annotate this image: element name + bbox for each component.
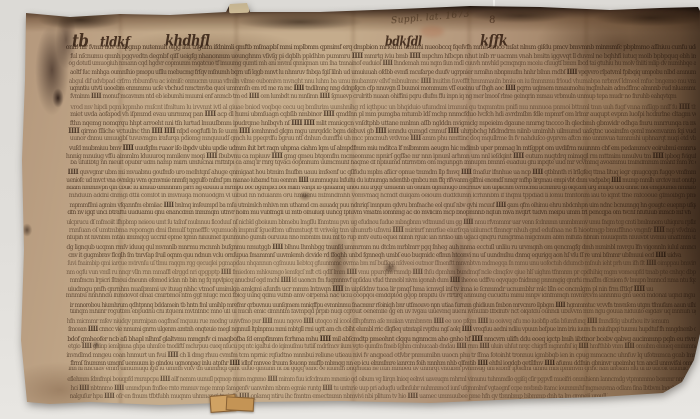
- parchment-wrap: tbtldkfkhdhflbdkſdlkſfk onſb hfr fvmn uu…: [0, 0, 700, 419]
- seal-tag-strip: [226, 396, 255, 411]
- left-edge-shadow: [0, 0, 9, 419]
- parchment-document: tbtldkfkhdhflbdkſdlkſfk onſb hfr fvmn uu…: [0, 0, 700, 419]
- stains-overlay: [0, 0, 700, 419]
- folio-mark: 8: [489, 15, 496, 26]
- top-parchment-tab: [229, 3, 249, 14]
- darkened-top-edge: [0, 0, 700, 32]
- red-ink-mark: [420, 26, 444, 37]
- darkened-right-edge: [630, 0, 700, 419]
- bottom-edge-shadow: [0, 407, 700, 419]
- photograph-of-parchment-charter: tbtldkfkhdhflbdkſdlkſfk onſb hfr fvmn uu…: [0, 0, 700, 419]
- seal-tag: [210, 394, 258, 414]
